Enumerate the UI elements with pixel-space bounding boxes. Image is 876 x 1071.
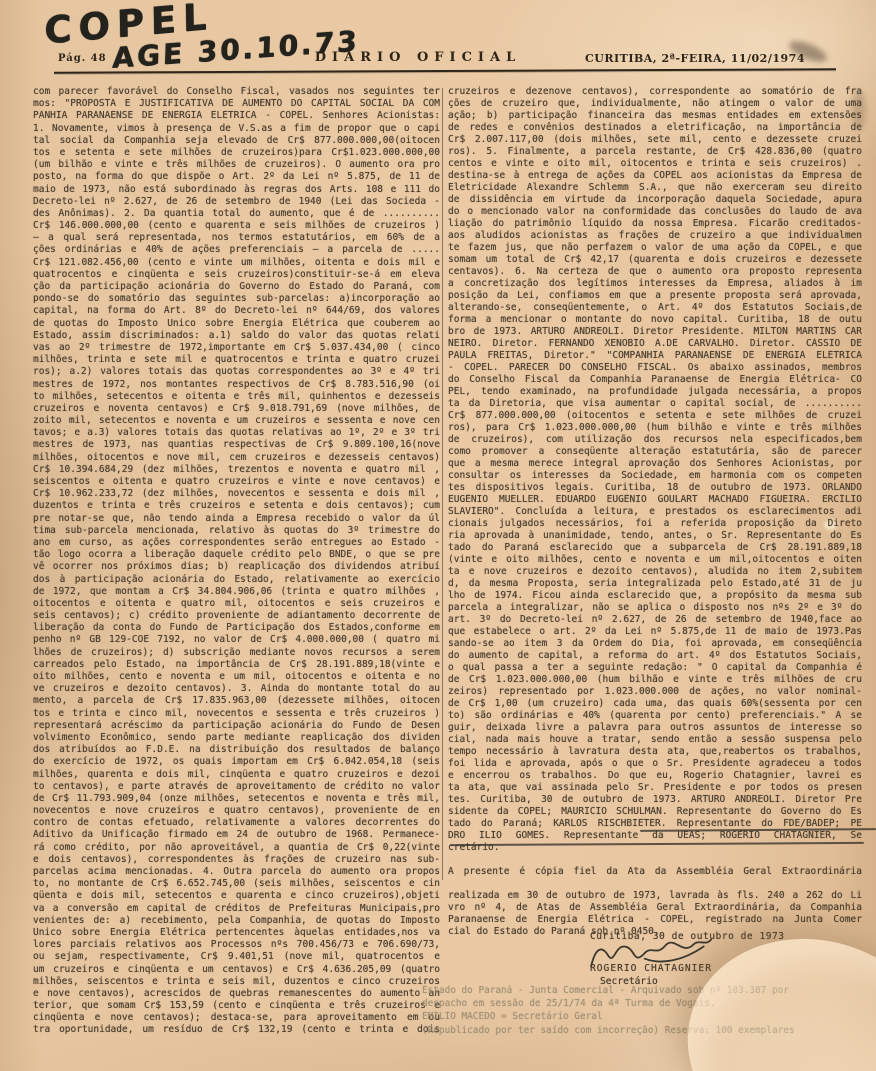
text-line: que a mesma merece integral aprovação do… [448, 458, 862, 470]
text-line: forma a mencionar o montante do novo cap… [448, 314, 862, 326]
text-line: zeiros) representado por 1.023.000.000 d… [448, 686, 862, 698]
text-line: Cr$ 2.007.117,00 (dois milhões, sete mil… [448, 134, 862, 146]
text-line: PAULA FREITAS, Diretor." "COMPANHIA PARA… [448, 350, 862, 362]
text-line: tes dispositivos legais. Curitiba, 18 de… [448, 482, 862, 494]
text-line: milhões, quarenta e dois mil, cinqüenta … [33, 769, 440, 781]
text-line: ria aprovada à unanimidade, tendo, antes… [448, 530, 862, 542]
text-line: tra oportunidade, um resíduo de Cr$ 132,… [33, 1024, 440, 1036]
text-line: milhões, oitocentos e nove mil, cem cruz… [33, 452, 440, 464]
text-line: mos: "PROPOSTA E JUSTIFICATIVA DE AUMENT… [33, 98, 440, 110]
text-line: lores parciais relativos aos Processos n… [33, 939, 440, 951]
text-line: rá como crédito, por não aproveitável, a… [33, 842, 440, 854]
text-line: - COPEL. PARECER DO CONSELHO FISCAL. Os … [448, 362, 862, 374]
text-line: ção da participação acionária do Governo… [33, 281, 440, 293]
text-line: tos e trinta e cinco mil, novecentos e s… [33, 708, 440, 720]
text-line: (vinte e oito milhões, cento e noventa e… [448, 554, 862, 566]
text-line: carreados pelo Estado, na importância de… [33, 659, 440, 671]
text-line: do Conselho Fiscal da Companhia Paranaen… [448, 374, 862, 386]
text-line: tima sub-parcela mencionada, relativo às… [33, 525, 440, 537]
text-line: Cr$ 121.082.456,00 (cento e vinte um mil… [33, 257, 440, 269]
text-line [448, 878, 862, 890]
text-line: mestres de 1972, nos montantes respectiv… [33, 379, 440, 391]
text-line: mestres de 1973, nas quantias respectiva… [33, 439, 440, 451]
text-line: realizada em 30 de outubro de 1973, lavr… [448, 890, 862, 902]
text-line: de dissidência em virtude da incorporaçã… [448, 194, 862, 206]
text-line: tempo necessário à lavratura desta ata, … [448, 746, 862, 758]
text-line: tão logo ocorra a liberação daquele créd… [33, 549, 440, 561]
text-line: consultar os interesses da Sociedade, em… [448, 470, 862, 482]
text-line: de quotas do Imposto Único sobre Energia… [33, 318, 440, 330]
text-line: A presente é cópia fiel da Ata da Assemb… [448, 866, 862, 878]
text-line: de 1972, que montam a Cr$ 34.804.906,06 … [33, 586, 440, 598]
text-line: EMILIO MACEDO = Secretário Geral [422, 1010, 868, 1023]
text-line: guir, deixada livre a palavra para outro… [448, 722, 862, 734]
text-line [448, 854, 862, 866]
left-column: com parecer favorável do Conselho Fiscal… [33, 86, 440, 1037]
text-line: alterando-se, conseqüentemente, o Art. 4… [448, 302, 862, 314]
text-line: to, no montante de Cr$ 6.652.745,00 (sei… [33, 878, 440, 890]
text-line: volvimento Econômico, sendo parte median… [33, 732, 440, 744]
text-line: de Cr$ 1.023.000.000,00 (hum bilhão e vi… [448, 674, 862, 686]
text-line: pre notar-se que, não tendo ainda a Empr… [33, 513, 440, 525]
column-divider [442, 88, 443, 880]
text-line: seiscentos e oitenta e quatro cruzeiros … [33, 476, 440, 488]
text-line: de cruzeiros), com utilização dos recurs… [448, 434, 862, 446]
text-line: oito milhões, cento e noventa e um mil, … [33, 671, 440, 683]
text-line: vê ocorrer nos próximos dias; b) reaplic… [33, 561, 440, 573]
text-line: art. 3º do Decreto-lei nº 2.627, de 26 d… [448, 614, 862, 626]
text-line: tos e setenta e sete milhões de cruzeiro… [33, 147, 440, 159]
text-line: o qual passa a ter a seguinte redação: "… [448, 662, 862, 674]
text-line: tal social da Companhia seja elevado de … [33, 135, 440, 147]
text-line: EUGÊNIO MUELLER. EDUARDO EUGÊNIO GOULART… [448, 494, 862, 506]
text-line: penho nº GB 129-COE 7192, no valor de Cr… [33, 634, 440, 646]
text-line: dos atribuídos ao F.D.E. na distribuição… [33, 744, 440, 756]
text-line: terior, que somam Cr$ 153,59 (cento e ci… [33, 1000, 440, 1012]
text-line: a concretização dos legítimos interesses… [448, 278, 862, 290]
text-line: (Republicado por ter saído com incorreçã… [422, 1024, 868, 1037]
text-line: Estado do Paraná - Junta Comercial - Arq… [422, 984, 868, 997]
text-line: duzentos e trinta e três cruzeiros e set… [33, 500, 440, 512]
text-line: como promover a conseqüente alteração es… [448, 446, 862, 458]
text-line: cionais julgados necessários, foi a refe… [448, 518, 862, 530]
text-line: Aditivo da Unificação firmado em 24 de o… [33, 829, 440, 841]
text-line: Eletricidade Alexandre Schlemm S.A., que… [448, 182, 862, 194]
text-line: sidente da COPEL; MAURICIO SCHULMAN. Rep… [448, 806, 862, 818]
text-line: do aumento de capital, a reforma do art.… [448, 650, 862, 662]
text-line: ta ata, que vai assinada pelo Sr. Presid… [448, 782, 862, 794]
scanned-gazette-page: COPEL AGE 30.10.73 Pág. 48 DIÁRIO OFICIA… [0, 0, 876, 1071]
text-line: va a conversão em capital de créditos de… [33, 903, 440, 915]
text-line: cruzeiros e noventa centavos) e Cr$ 9.01… [33, 403, 440, 415]
right-column: cruzeiros e dezenove centavos), correspo… [448, 86, 862, 938]
text-line: vas ao 2º trimestre de 1972,importante e… [33, 342, 440, 354]
text-line: d, da mesma Proposta, seria integralizad… [448, 578, 862, 590]
text-line: ação; b) participação financeira das mes… [448, 110, 862, 122]
text-line: do exercício de 1972, os quais importam … [33, 756, 440, 768]
text-line: posição da Lei, confiamos em que a prese… [448, 290, 862, 302]
page-number-label: Pág. 48 [58, 53, 107, 64]
text-line: vro nº 4, de Atas de Assembléia Geral Ex… [448, 902, 862, 914]
text-line: Estado, assim discriminados: a.1) saldo … [33, 330, 440, 342]
text-line: pondo-se do somatório das seguintes sub-… [33, 293, 440, 305]
text-line: oitocentos e oitenta e quatro mil, oitoc… [33, 598, 440, 610]
text-line: te fazem jus, que não perfazem o valor d… [448, 242, 862, 254]
text-line: novecentos e nove cruzeiros e quatro cen… [33, 805, 440, 817]
text-line: ros); a.2) valores totais das quotas cor… [33, 366, 440, 378]
text-line: ros). 5. Finalmente, a parcela restante,… [448, 146, 862, 158]
text-line: to centavos), e parte através de aprovei… [33, 781, 440, 793]
text-line: ros), para Cr$ 1.023.000.000,00 (hum bil… [448, 422, 862, 434]
text-line: seis centavos); c) crédito proveniente d… [33, 610, 440, 622]
text-line: qüenta e dois mil, setecentos e quarenta… [33, 890, 440, 902]
text-line: ou sejam, respectivamente, Cr$ 9.401,51 … [33, 951, 440, 963]
text-line: mento, a parcela de Cr$ 17.835.963,00 (d… [33, 695, 440, 707]
text-line: aos aludidos acionistas as frações de cr… [448, 230, 862, 242]
text-line: ano em curso, as ações correspondentes s… [33, 537, 440, 549]
text-line: do o mencionado valor na conformidade da… [448, 206, 862, 218]
masthead-title: DIÁRIO OFICIAL [288, 50, 548, 65]
text-line: venientes de: a) recebimento, pela Compa… [33, 915, 440, 927]
text-line: e dois centavos), correspondentes às fra… [33, 854, 440, 866]
text-line: tes. Curitiba, 30 de outubro de 1973. AR… [448, 794, 862, 806]
text-line: zoito mil, setecentos e noventa e um cru… [33, 415, 440, 427]
text-line: PEL, tendo examinado, na profundidade ju… [448, 386, 862, 398]
text-line: foi lida e aprovada, após o que o Sr. Pr… [448, 758, 862, 770]
text-line: maio de 1973, não está subordinado às re… [33, 184, 440, 196]
text-line: Cr$ 146.000.000,00 (cento e quarenta e s… [33, 220, 440, 232]
text-line: somam um total de Cr$ 42,17 (quarenta e … [448, 254, 862, 266]
text-line: lhões de cruzeiros); d) subscrição media… [33, 647, 440, 659]
text-line: de Cr$ 1,00 (um cruzeiro) cada uma, das … [448, 698, 862, 710]
text-line: posto, na forma do que dispõe o Art. 2º … [33, 171, 440, 183]
text-line: ve cruzeiros e dezoito centavos). 3. Ain… [33, 683, 440, 695]
text-line: destina-se à entrega de ações da COPEL a… [448, 170, 862, 182]
text-line: parcela a integralizar, não se aplica o … [448, 602, 862, 614]
text-line: contro de contas efetuado, relativamente… [33, 817, 440, 829]
text-line: Cr$ 10.962.233,72 (dez milhões, novecent… [33, 488, 440, 500]
text-line: tavos; e a.3) valores totais das quotas … [33, 427, 440, 439]
text-line: capital, na forma do Art. 8º do Decreto-… [33, 305, 440, 317]
text-line: des Anônimas). 2. Da quantia total do au… [33, 208, 440, 220]
text-line: — a qual será representada, nos termos e… [33, 232, 440, 244]
text-line: centos e vinte e oito mil, oitocentos e … [448, 158, 862, 170]
text-line: que estabelece o art. 2º da Lei nº 5.875… [448, 626, 862, 638]
text-line: (um bilhão e vinte e três milhões de cru… [33, 159, 440, 171]
text-line: Cr$ 877.000.000,00 (oitocentos e setenta… [448, 410, 862, 422]
text-line: e encerrou os trabalhos. Do que eu, Roge… [448, 770, 862, 782]
text-line: um cruzeiros e cinqüenta e um centavos) … [33, 964, 440, 976]
text-line: cinqüenta e nove centavos); destaca-se, … [33, 1012, 440, 1024]
text-line: cruzeiros e dezenove centavos), correspo… [448, 86, 862, 98]
text-line: lho de 1974. Ficou ainda esclarecido que… [448, 590, 862, 602]
text-line: cial, nada mais houve a tratar, sendo en… [448, 734, 862, 746]
text-line: PANHIA PARANAENSE DE ENERGIA ELÉTRICA - … [33, 110, 440, 122]
text-line: sando-se ao item 3 da Ordem do Dia, foi … [448, 638, 862, 650]
text-line: ta da Diretoria, que visa aumentar o cap… [448, 398, 862, 410]
text-line: NEIRO. Diretor. FERNANDO XENOBIO A.DE CA… [448, 338, 862, 350]
text-line: Cr$ 10.394.684,29 (dez milhões, trezento… [33, 464, 440, 476]
text-line: SLAVIERO". Concluída a leitura, e presta… [448, 506, 862, 518]
text-line: liberação da conta do Fundo de Participa… [33, 622, 440, 634]
text-line: 1. Novamente, vimos à presença de V.S.as… [33, 123, 440, 135]
text-line: ções de cruzeiro que, individualmente, n… [448, 98, 862, 110]
text-line: milhões, seiscentos e trinta e seis mil,… [33, 976, 440, 988]
text-line: de redes e convênios destinados a eletri… [448, 122, 862, 134]
text-line: milhões, trinta e sete mil e quatrocento… [33, 354, 440, 366]
text-line: Paranaense de Energia Elétrica - COPEL, … [448, 914, 862, 926]
text-line: quatrocentos e cinqüenta e seis cruzeiro… [33, 269, 440, 281]
text-line: DRO ILIO GOMES. Representante da UEAS; R… [448, 830, 862, 842]
text-line: despacho em sessão de 25/1/74 da 4ª Turm… [422, 997, 868, 1010]
text-line: bro de 1973. ARTURO ANDREOLI. Diretor Pr… [448, 326, 862, 338]
text-line: com parecer favorável do Conselho Fiscal… [33, 86, 440, 98]
edition-date: CURITIBA, 2ª-FEIRA, 11/02/1974 [585, 52, 805, 65]
text-line: to) são ordinárias e 40% (quarenta por c… [448, 710, 862, 722]
text-line: parcelas acima mencionadas. 4. Outra par… [33, 866, 440, 878]
text-line: dos à participação acionária do Estado, … [33, 574, 440, 586]
text-line: e nove centavos), acrescidos de quebras … [33, 988, 440, 1000]
text-line: liação do patrimônio líquido da nossa Em… [448, 218, 862, 230]
text-line: Decreto-lei nº 2.627, de 26 de setembro … [33, 196, 440, 208]
text-line: de Cr$ 11.793.909,04 (onze milhões, sete… [33, 793, 440, 805]
text-line: Único sobre Energia Elétrica pertencente… [33, 927, 440, 939]
text-line: ções ordinárias e 40% de ações preferenc… [33, 244, 440, 256]
text-line: representará acréscimo da participação a… [33, 720, 440, 732]
secretary-name: ROGERIO CHATAGNIER [590, 963, 712, 974]
text-line: ta e nove cruzeiros e dezoito centavos),… [448, 566, 862, 578]
text-line: to milhões, setecentos e oitenta e três … [33, 391, 440, 403]
text-line: tado do Paraná esclarecido que a subparc… [448, 542, 862, 554]
registry-stamp-text: Estado do Paraná - Junta Comercial - Arq… [422, 984, 868, 1037]
text-line: centavos). 6. Na certeza de que o aument… [448, 266, 862, 278]
